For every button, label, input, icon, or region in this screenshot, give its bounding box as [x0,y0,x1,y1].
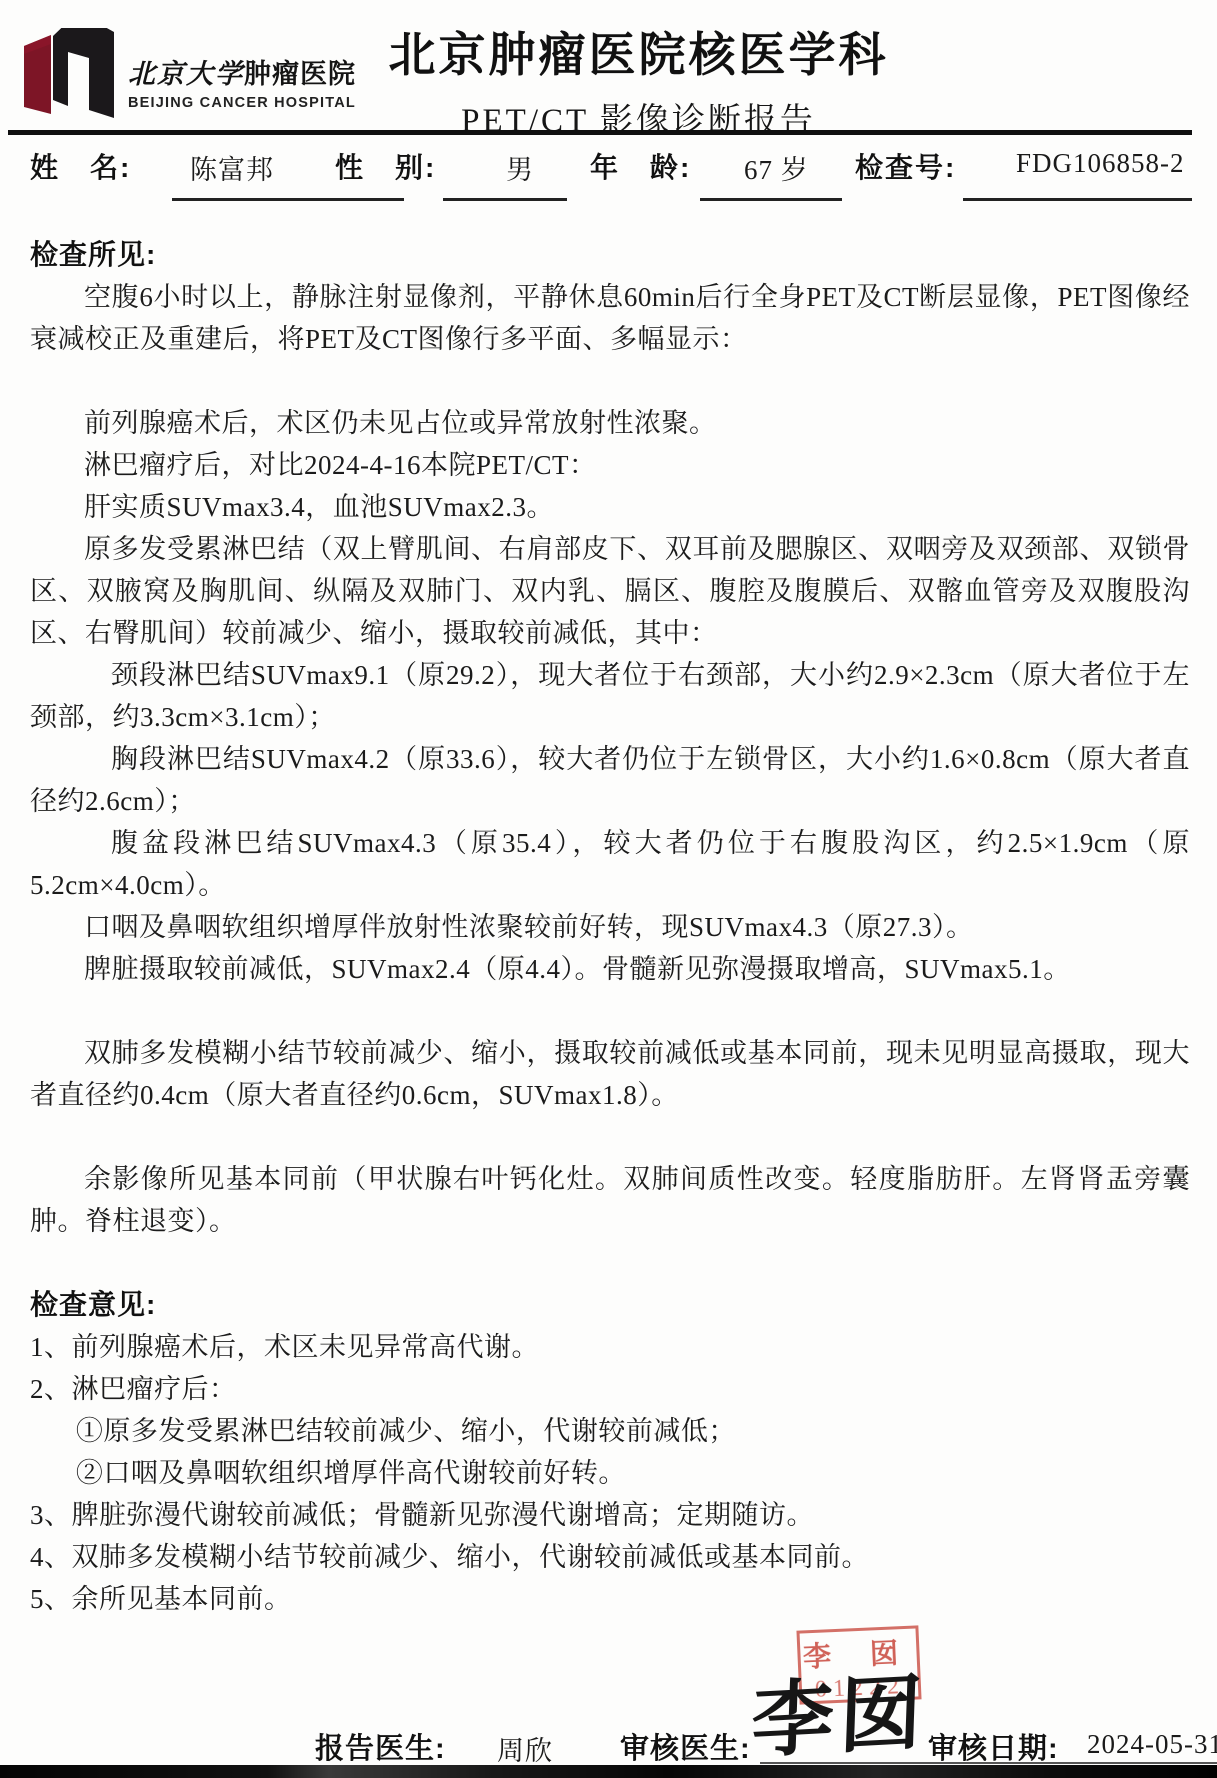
finding-paragraph: 空腹6小时以上，静脉注射显像剂，平静休息60min后行全身PET及CT断层显像，… [30,276,1190,360]
patient-age-value: 67 岁 [744,148,809,187]
impression-item: 2、淋巴瘤疗后： [30,1368,1190,1410]
scan-edge-band [0,1765,1217,1778]
report-body: 检查所见: 空腹6小时以上，静脉注射显像剂，平静休息60min后行全身PET及C… [30,234,1190,1620]
finding-paragraph: 口咽及鼻咽软组织增厚伴放射性浓聚较前好转，现SUVmax4.3（原27.3）。 [30,906,1190,948]
review-date-label: 审核日期: [928,1726,1059,1767]
reviewer-signature: 李囡 [750,1647,930,1774]
petct-report-page: 北京大学肿瘤医院 BEIJING CANCER HOSPITAL 北京肿瘤医院核… [0,0,1217,1778]
finding-paragraph: 腹盆段淋巴结SUVmax4.3（原35.4），较大者仍位于右腹股沟区，约2.5×… [30,822,1190,906]
impression-item: ①原多发受累淋巴结较前减少、缩小，代谢较前减低； [30,1410,1190,1452]
patient-age-label: 年 龄: [590,146,691,186]
finding-paragraph: 余影像所见基本同前（甲状腺右叶钙化灶。双肺间质性改变。轻度脂肪肝。左肾肾盂旁囊肿… [30,1158,1190,1242]
finding-paragraph: 原多发受累淋巴结（双上臂肌间、右肩部皮下、双耳前及腮腺区、双咽旁及双颈部、双锁骨… [30,528,1190,654]
patient-sex-label: 性 别: [335,146,436,186]
review-doctor-label: 审核医生: [620,1726,751,1767]
patient-sex-underline [443,198,567,201]
finding-paragraph: 脾脏摄取较前减低，SUVmax2.4（原4.4）。骨髓新见弥漫摄取增高，SUVm… [30,948,1190,990]
impression-item: 5、余所见基本同前。 [30,1578,1190,1620]
exam-number-label: 检查号: [855,146,956,186]
impression-item: ②口咽及鼻咽软组织增厚伴高代谢较前好转。 [30,1452,1190,1494]
patient-name-value: 陈富邦 [190,148,274,187]
finding-paragraph: 胸段淋巴结SUVmax4.2（原33.6），较大者仍位于左锁骨区，大小约1.6×… [30,738,1190,822]
finding-paragraph: 双肺多发模糊小结节较前减少、缩小，摄取较前减低或基本同前，现未见明显高摄取，现大… [30,1032,1190,1116]
patient-name-underline [172,198,404,201]
finding-paragraph: 前列腺癌术后，术区仍未见占位或异常放射性浓聚。 [30,402,1190,444]
impression-item: 3、脾脏弥漫代谢较前减低；骨髓新见弥漫代谢增高；定期随访。 [30,1494,1190,1536]
finding-paragraph: 淋巴瘤疗后，对比2024-4-16本院PET/CT： [30,444,1190,486]
report-header: 北京肿瘤医院核医学科 PET/CT 影像诊断报告 [0,18,1217,141]
finding-paragraph: 颈段淋巴结SUVmax9.1（原29.2），现大者位于右颈部，大小约2.9×2.… [30,654,1190,738]
review-date-value: 2024-05-31 [1087,1729,1217,1760]
report-doctor-label: 报告医生: [315,1726,446,1767]
footer-underline [760,1762,1217,1764]
patient-name-label: 姓 名: [30,146,131,186]
report-doctor-value: 周欣 [497,1729,553,1768]
institute-title: 北京肿瘤医院核医学科 [60,18,1217,85]
exam-number-underline [963,198,1192,201]
header-divider [8,130,1192,135]
finding-paragraph: 肝实质SUVmax3.4，血池SUVmax2.3。 [30,486,1190,528]
impression-item: 1、前列腺癌术后，术区未见异常高代谢。 [30,1326,1190,1368]
patient-sex-value: 男 [506,148,534,187]
impression-heading: 检查意见: [30,1284,1190,1326]
findings-heading: 检查所见: [30,234,1190,276]
impression-item: 4、双肺多发模糊小结节较前减少、缩小，代谢较前减低或基本同前。 [30,1536,1190,1578]
exam-number-value: FDG106858-2 [1016,148,1185,179]
patient-age-underline [700,198,842,201]
